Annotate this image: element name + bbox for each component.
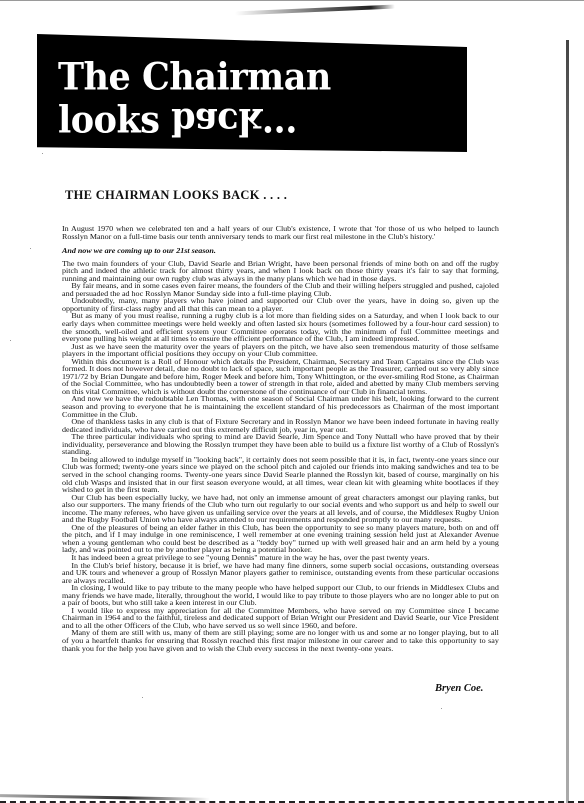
article-paragraph: And now we have the redoubtable Len Thom… xyxy=(62,396,499,419)
article-paragraph: By fair means, and in some cases even fa… xyxy=(62,283,499,298)
scanned-page: The Chairman looks back... THE CHAIRMAN … xyxy=(0,0,584,803)
signature: Bryen Coe. xyxy=(435,683,483,694)
banner-title-line-2: looks back... xyxy=(58,99,331,142)
article-subheading: And now we are coming up to our 21st sea… xyxy=(62,248,499,256)
banner-title-line-1: The Chairman xyxy=(58,56,331,99)
page-top-edge xyxy=(0,0,584,1)
page-right-edge xyxy=(566,40,569,803)
scan-speck xyxy=(142,697,143,698)
article-heading: THE CHAIRMAN LOOKS BACK . . . . xyxy=(65,188,287,203)
scan-speck xyxy=(42,153,43,154)
article-paragraph: The three particular individuals who spr… xyxy=(62,434,499,457)
banner-word-back-flipped: back xyxy=(171,99,262,142)
article-paragraph: In August 1970 when we celebrated ten an… xyxy=(62,226,499,241)
article-paragraph: Just as we have seen the maturity over t… xyxy=(62,344,499,359)
banner-word-looks: looks xyxy=(58,98,159,142)
scan-speck xyxy=(441,708,442,709)
article-paragraph: Many of them are still with us, many of … xyxy=(62,630,499,653)
article-paragraph: Our Club has been especially lucky, we h… xyxy=(62,495,499,525)
scan-smudge-bottom xyxy=(0,794,210,801)
article-paragraph: One of thankless tasks in any club is th… xyxy=(62,419,499,434)
scan-speck xyxy=(10,340,11,341)
banner-title: The Chairman looks back... xyxy=(58,56,331,142)
article-paragraph: The two main founders of your Club, Davi… xyxy=(62,261,499,284)
article-paragraph: Undoubtedly, many, many players who have… xyxy=(62,298,499,313)
banner-ellipsis: ... xyxy=(262,98,297,142)
article-paragraph: One of the pleasures of being an elder f… xyxy=(62,525,499,555)
scan-smudge-top xyxy=(235,5,395,16)
scan-speck xyxy=(30,248,31,249)
article-body: In August 1970 when we celebrated ten an… xyxy=(62,226,499,653)
article-paragraph: It has indeed been a great privilege to … xyxy=(62,555,499,563)
article-paragraph: But as many of you must realise, running… xyxy=(62,313,499,343)
article-paragraph: In the Club's brief history, because it … xyxy=(62,563,499,586)
article-paragraph: In closing, I would like to pay tribute … xyxy=(62,585,499,608)
article-paragraph: In being allowed to indulge myself in "l… xyxy=(62,457,499,495)
article-paragraph: Within this document is a Roll of Honour… xyxy=(62,359,499,397)
article-paragraph: I would like to express my appreciation … xyxy=(62,608,499,631)
